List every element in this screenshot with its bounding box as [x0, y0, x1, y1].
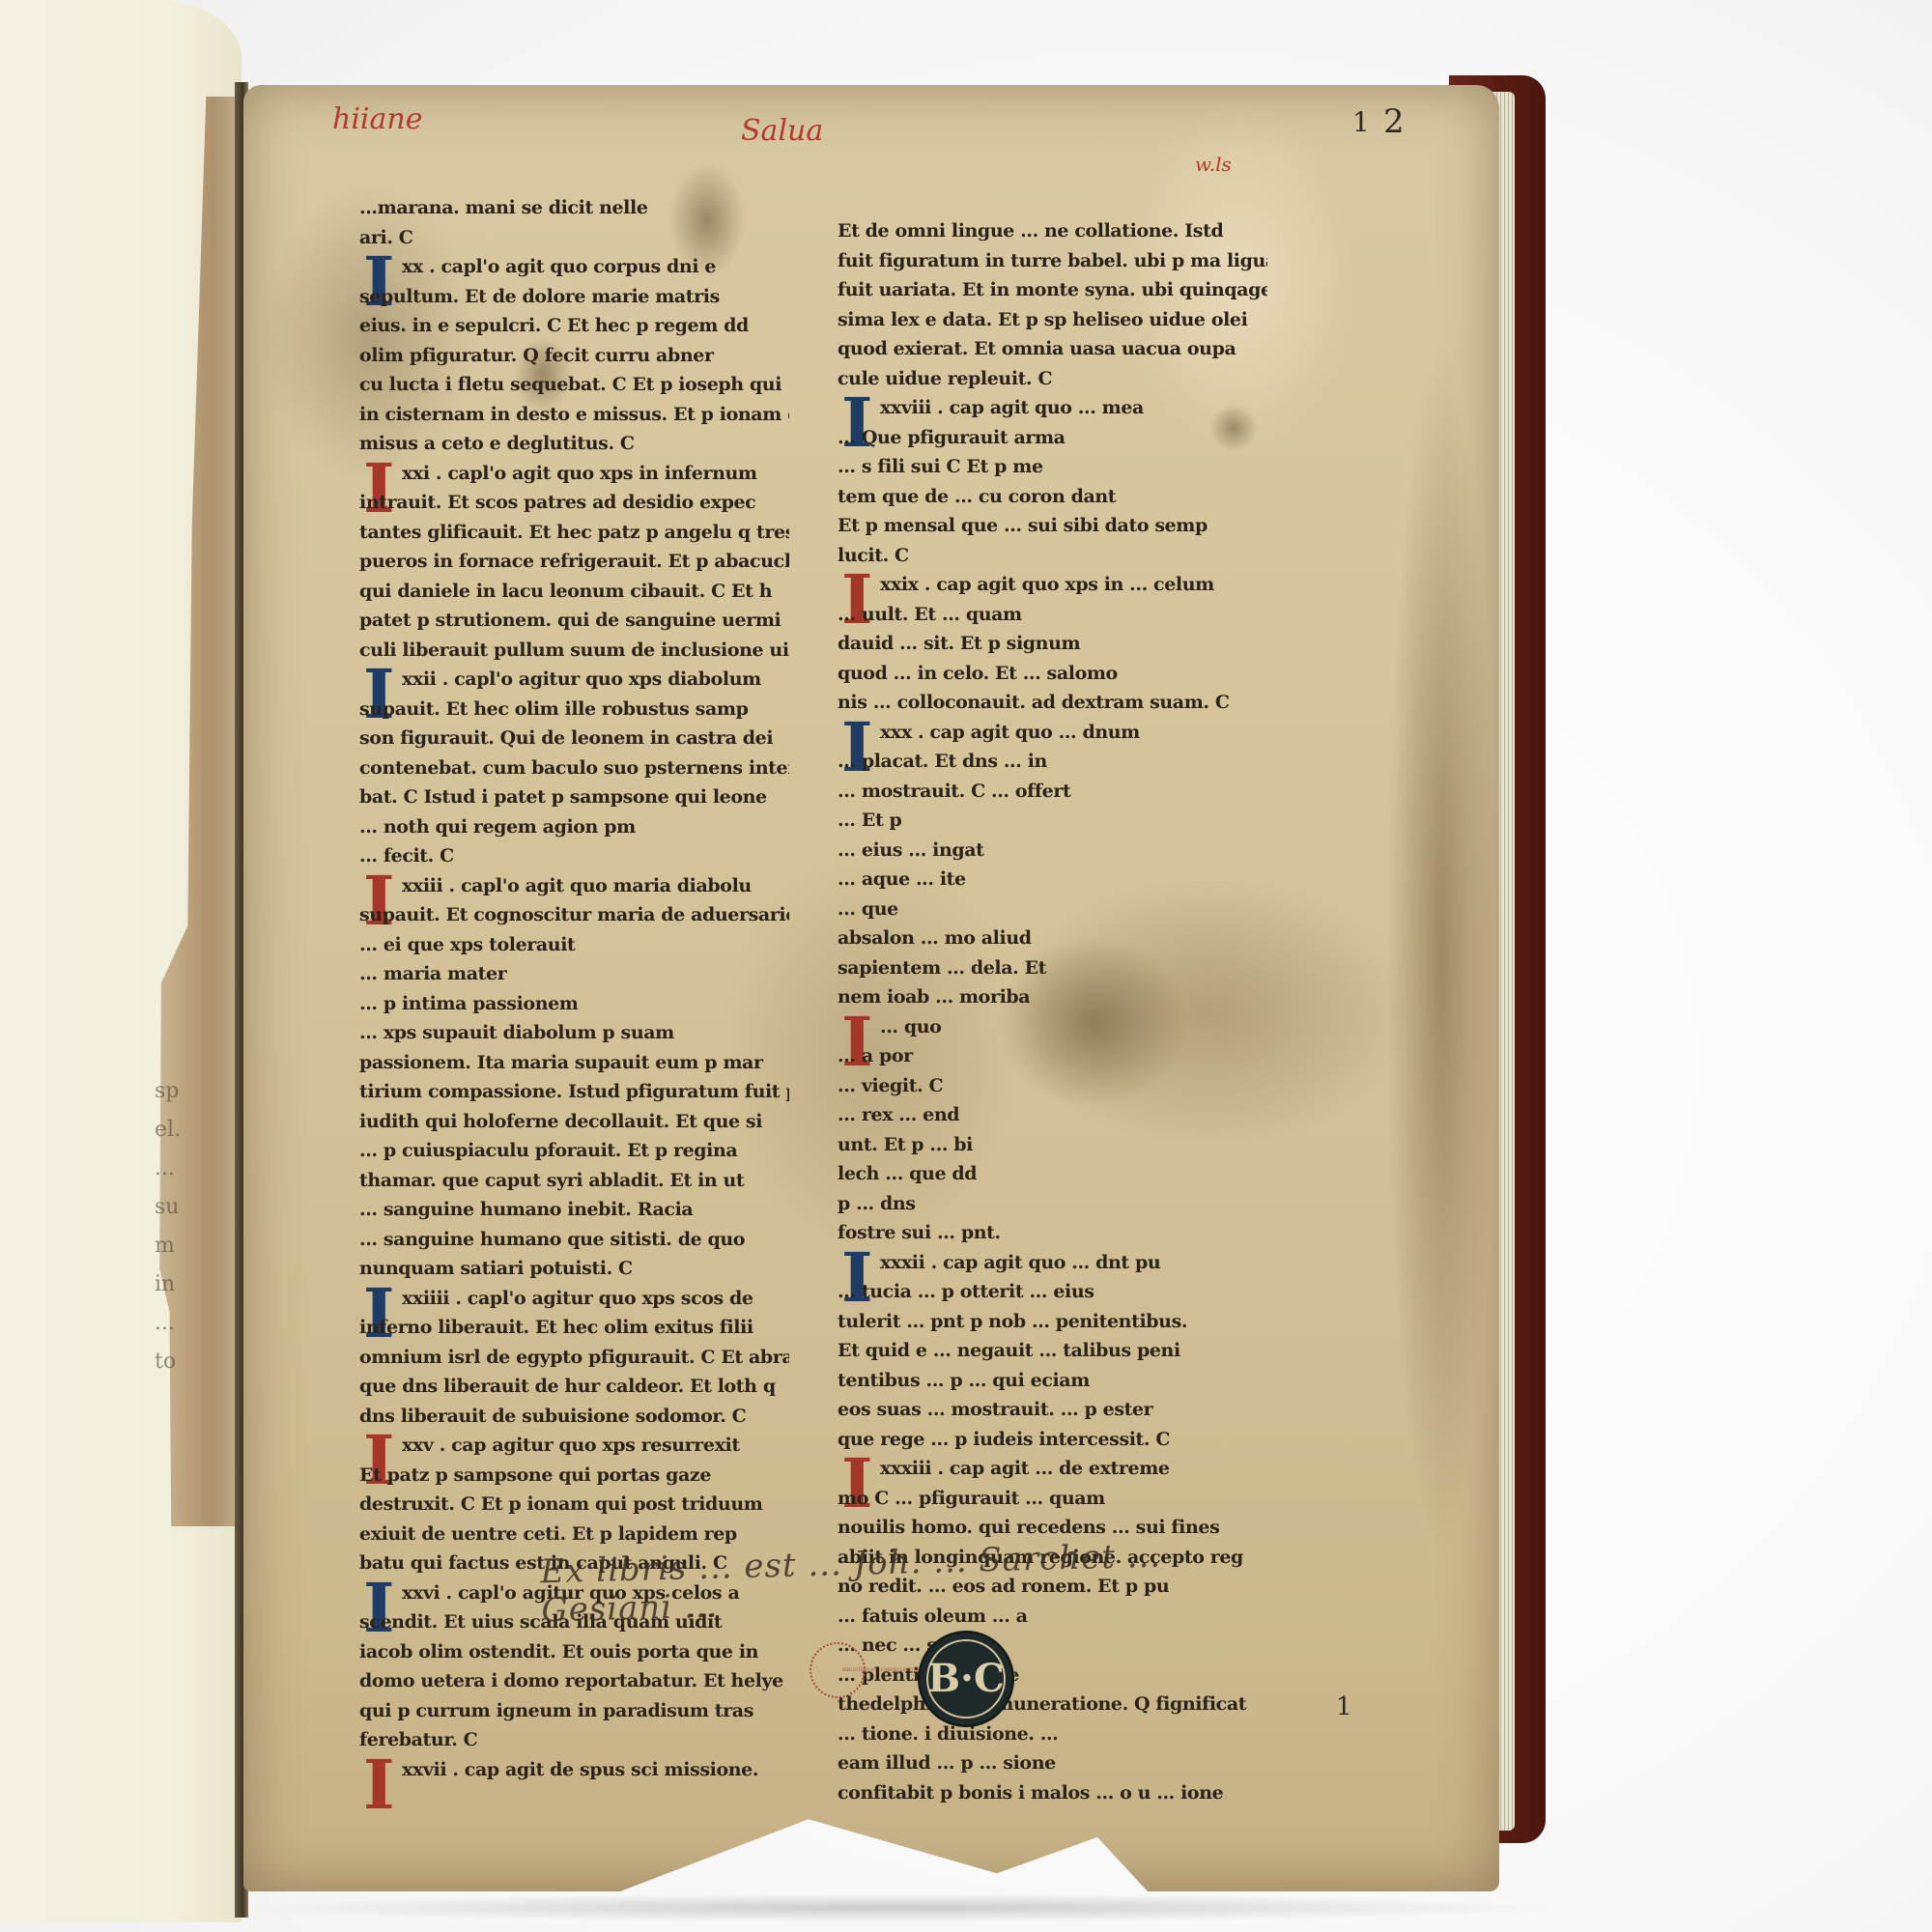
manuscript-line: ... tucia ... p otterit ... eius	[838, 1277, 1267, 1307]
manuscript-line: thamar. que caput syri abladit. Et in ut	[359, 1166, 789, 1196]
manuscript-line: ... quo	[838, 1012, 1267, 1042]
manuscript-line: cu lucta i fletu sequebat. C Et p ioseph…	[359, 370, 789, 400]
stub-text-fragments: spel....sumin...to	[155, 1072, 193, 1478]
manuscript-line: iacob olim ostendit. Et ouis porta que i…	[359, 1637, 789, 1667]
manuscript-line: ... maria mater	[359, 959, 789, 989]
manuscript-line: ... aque ... ite	[838, 865, 1267, 895]
manuscript-line: ... viegit. C	[838, 1071, 1267, 1101]
manuscript-line: Et p mensal que ... sui sibi dato semp	[838, 511, 1267, 541]
manuscript-line: destruxit. C Et p ionam qui post triduum	[359, 1490, 789, 1520]
manuscript-line: absalon ... mo aliud	[838, 923, 1267, 953]
library-stamp-bc: B·C	[918, 1631, 1014, 1727]
manuscript-line: ... Et p	[838, 806, 1267, 836]
manuscript-line: intrauit. Et scos patres ad desidio expe…	[359, 488, 789, 518]
manuscript-line: sepultum. Et de dolore marie matris	[359, 282, 789, 312]
manuscript-line: Et de omni lingue ... ne collatione. Ist…	[838, 216, 1267, 246]
manuscript-line: xxx . cap agit quo ... dnum	[838, 718, 1267, 748]
manuscript-line: ...marana. mani se dicit nelle	[359, 193, 789, 223]
manuscript-line: patet p strutionem. qui de sanguine uerm…	[359, 606, 789, 636]
manuscript-line: supauit. Et hec olim ille robustus samp	[359, 695, 789, 724]
stub-fragment: in	[155, 1265, 193, 1304]
manuscript-line: ... sanguine humano que sitisti. de quo	[359, 1225, 789, 1255]
stub-fragment: ...	[155, 1150, 193, 1188]
running-head-right: w.ls	[1195, 153, 1232, 176]
manuscript-line: xxiii . capl'o agit quo maria diabolu	[359, 871, 789, 901]
manuscript-line: nis ... colloconauit. ad dextram suam. C	[838, 688, 1267, 718]
manuscript-line: xxvii . cap agit de spus sci missione.	[359, 1755, 789, 1785]
manuscript-line: cule uidue repleuit. C	[838, 364, 1267, 394]
manuscript-line: sapientem ... dela. Et	[838, 953, 1267, 983]
ownership-inscription: Ex libris ... est ... Joh. ... Sarchet .…	[540, 1535, 1237, 1640]
manuscript-line: qui daniele in lacu leonum cibauit. C Et…	[359, 577, 789, 607]
manuscript-line: sima lex e data. Et p sp heliseo uidue o…	[838, 305, 1267, 335]
manuscript-line: ... sanguine humano inebit. Racia	[359, 1195, 789, 1225]
page-number: 1	[1336, 1692, 1352, 1721]
manuscript-line: omnium isrl de egypto pfigurauit. C Et a…	[359, 1343, 789, 1373]
manuscript-line: ... que	[838, 895, 1267, 924]
manuscript-line: tem que de ... cu coron dant	[838, 482, 1267, 512]
manuscript-line: ... rex ... end	[838, 1100, 1267, 1130]
manuscript-line: ... xps supauit diabolum p suam	[359, 1018, 789, 1048]
library-stamp-red: BIBLIOTHECA ... CANCELLORUM	[810, 1642, 866, 1698]
stub-fragment: ...	[155, 1304, 193, 1343]
manuscript-line: passionem. Ita maria supauit eum p mar	[359, 1048, 789, 1078]
manuscript-line: contenebat. cum baculo suo psternens int…	[359, 753, 789, 783]
manuscript-line: xxv . cap agitur quo xps resurrexit	[359, 1431, 789, 1461]
manuscript-line: xxi . capl'o agit quo xps in infernum	[359, 459, 789, 489]
manuscript-line: eam illud ... p ... sione	[838, 1748, 1267, 1778]
manuscript-line: pueros in fornace refrigerauit. Et p aba…	[359, 547, 789, 577]
manuscript-line: Et patz p sampsone qui portas gaze	[359, 1461, 789, 1491]
stub-fragment: m	[155, 1227, 193, 1265]
manuscript-line: ... tione. i diuisione. ...	[838, 1719, 1267, 1749]
manuscript-line: ... placat. Et dns ... in	[838, 747, 1267, 777]
manuscript-line: qui p currum igneum in paradisum tras	[359, 1696, 789, 1726]
manuscript-line: tulerit ... pnt p nob ... penitentibus.	[838, 1307, 1267, 1337]
manuscript-line: culi liberauit pullum suum de inclusione…	[359, 636, 789, 666]
manuscript-line: iudith qui holoferne decollauit. Et que …	[359, 1107, 789, 1137]
manuscript-line: p ... dns	[838, 1189, 1267, 1219]
manuscript-line: domo uetera i domo reportabatur. Et hely…	[359, 1666, 789, 1696]
manuscript-line: xxiiii . capl'o agitur quo xps scos de	[359, 1284, 789, 1314]
manuscript-line: xxviii . cap agit quo ... mea	[838, 393, 1267, 423]
stub-fragment: su	[155, 1188, 193, 1227]
manuscript-line: quod exierat. Et omnia uasa uacua oupa	[838, 334, 1267, 364]
manuscript-line: xxxii . cap agit quo ... dnt pu	[838, 1248, 1267, 1278]
manuscript-line: eius. in e sepulcri. C Et hec p regem dd	[359, 311, 789, 341]
manuscript-line: son figurauit. Qui de leonem in castra d…	[359, 724, 789, 753]
manuscript-line: quod ... in celo. Et ... salomo	[838, 659, 1267, 689]
manuscript-line: misus a ceto e deglutitus. C	[359, 429, 789, 459]
manuscript-line: que dns liberauit de hur caldeor. Et lot…	[359, 1372, 789, 1402]
stub-fragment: el.	[155, 1111, 193, 1150]
manuscript-line: ... noth qui regem agion pm	[359, 812, 789, 842]
page-shadow	[222, 1893, 1575, 1922]
manuscript-line: ferebatur. C	[359, 1725, 789, 1755]
manuscript-line: mo C ... pfigurauit ... quam	[838, 1484, 1267, 1514]
manuscript-line: exiuit de uentre ceti. Et p lapidem rep	[359, 1520, 789, 1549]
manuscript-line: xxix . cap agit quo xps in ... celum	[838, 570, 1267, 600]
manuscript-line: ... uult. Et ... quam	[838, 600, 1267, 630]
running-head-center: Salua	[741, 114, 823, 148]
manuscript-line: tantes glificauit. Et hec patz p angelu …	[359, 518, 789, 548]
manuscript-line: ... eius ... ingat	[838, 836, 1267, 866]
manuscript-line: ... Que pfigurauit arma	[838, 423, 1267, 453]
manuscript-line: eos suas ... mostrauit. ... p ester	[838, 1395, 1267, 1425]
manuscript-line: supauit. Et cognoscitur maria de aduersa…	[359, 900, 789, 930]
manuscript-line: nunquam satiari potuisti. C	[359, 1254, 789, 1284]
manuscript-line: confitabit p bonis i malos ... o u ... i…	[838, 1778, 1267, 1808]
manuscript-line: tirium compassione. Istud pfiguratum fui…	[359, 1077, 789, 1107]
manuscript-line: ... s fili sui C Et p me	[838, 452, 1267, 482]
manuscript-line: fostre sui ... pnt.	[838, 1218, 1267, 1248]
manuscript-line: thedelphia ... remuneratione. Q fignific…	[838, 1690, 1267, 1719]
manuscript-line: nem ioab ... moriba	[838, 982, 1267, 1012]
manuscript-line: in cisternam in desto e missus. Et p ion…	[359, 400, 789, 430]
manuscript-line: dauid ... sit. Et p signum	[838, 629, 1267, 659]
manuscript-line: ... p intima passionem	[359, 989, 789, 1019]
manuscript-line: ari. C	[359, 223, 789, 253]
manuscript-line: que rege ... p iudeis intercessit. C	[838, 1425, 1267, 1455]
manuscript-line: ... p cuiuspiaculu pforauit. Et p regina	[359, 1136, 789, 1166]
manuscript-line: ... ei que xps tolerauit	[359, 930, 789, 960]
manuscript-line: olim pfiguratur. Q fecit curru abner	[359, 341, 789, 371]
stub-fragment: sp	[155, 1072, 193, 1111]
manuscript-line: inferno liberauit. Et hec olim exitus fi…	[359, 1313, 789, 1343]
manuscript-line: ... a por	[838, 1041, 1267, 1071]
stub-fragment: to	[155, 1343, 193, 1381]
manuscript-line: lucit. C	[838, 541, 1267, 571]
manuscript-line: lech ... que dd	[838, 1159, 1267, 1189]
library-stamp-text: BIBLIOTHECA ... CANCELLORUM	[842, 1656, 918, 1685]
running-head-left: hiiane	[332, 102, 422, 136]
manuscript-line: xxii . capl'o agitur quo xps diabolum	[359, 665, 789, 695]
manuscript-line: xx . capl'o agit quo corpus dni e	[359, 252, 789, 282]
manuscript-line: bat. C Istud i patet p sampsone qui leon…	[359, 782, 789, 812]
manuscript-folio: hiiane Salua w.ls 1 2 ...marana. mani se…	[243, 85, 1499, 1891]
manuscript-line: fuit figuratum in turre babel. ubi p ma …	[838, 246, 1267, 276]
manuscript-line: xxxiii . cap agit ... de extreme	[838, 1454, 1267, 1484]
decorated-initial: I	[359, 1751, 398, 1819]
manuscript-line: tentibus ... p ... qui eciam	[838, 1366, 1267, 1396]
manuscript-line: Et quid e ... negauit ... talibus peni	[838, 1336, 1267, 1366]
foliation-number: 1	[1352, 106, 1370, 138]
manuscript-line: fuit uariata. Et in monte syna. ubi quin…	[838, 275, 1267, 305]
manuscript-line: ... fecit. C	[359, 841, 789, 871]
manuscript-line: dns liberauit de subuisione sodomor. C	[359, 1402, 789, 1432]
manuscript-line: ... mostrauit. C ... offert	[838, 777, 1267, 807]
manuscript-line: unt. Et p ... bi	[838, 1130, 1267, 1160]
foliation-number: 2	[1383, 102, 1405, 141]
